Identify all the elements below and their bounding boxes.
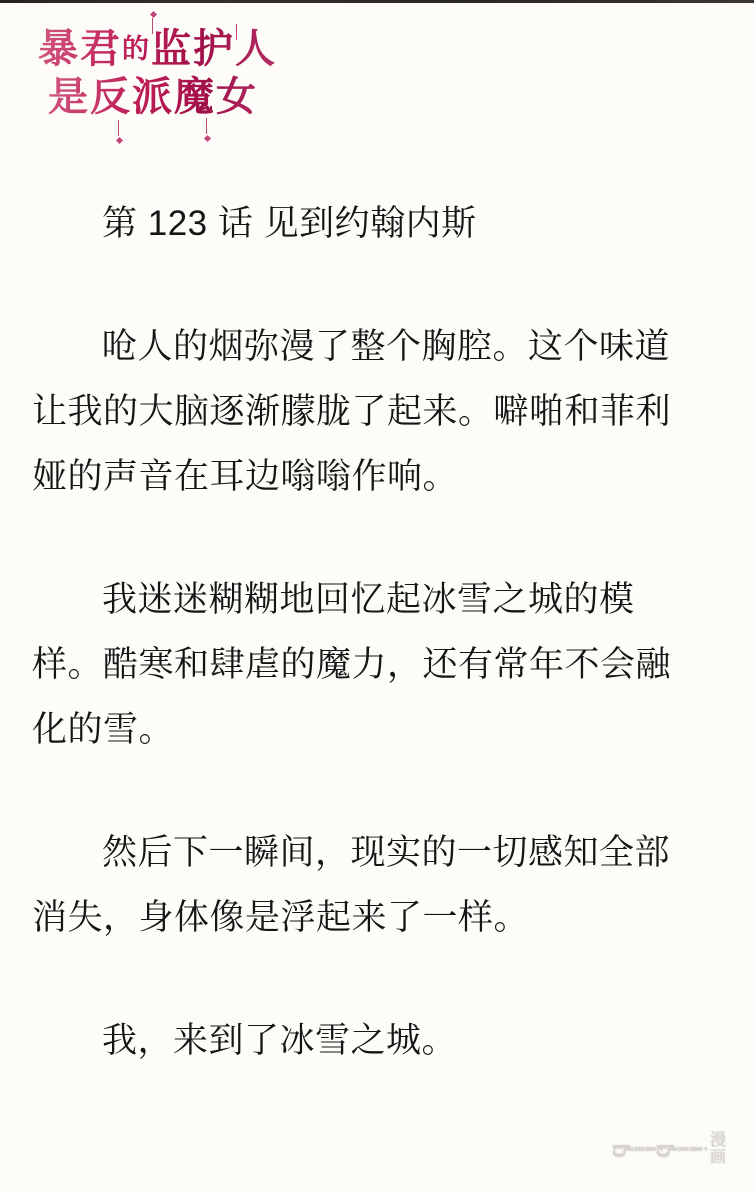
chapter-title: 第 123 话 见到约翰内斯: [32, 191, 722, 256]
watermark-cjk-char: 漫: [710, 1132, 726, 1149]
logo-diamond-decoration: [116, 137, 123, 144]
watermark-manhua-text: 漫画: [710, 1132, 726, 1166]
series-logo-text: 暴君: [38, 26, 122, 71]
paragraph: 呛人的烟弥漫了整个胸腔。这个味道 让我的大脑逐渐朦胧了起来。噼啪和菲利 娅的声音…: [32, 314, 722, 509]
series-logo: 暴君的监护人 是反派魔女: [38, 26, 277, 120]
logo-needle-decoration: [206, 118, 207, 134]
paragraphs: 呛人的烟弥漫了整个胸腔。这个味道 让我的大脑逐渐朦胧了起来。噼啪和菲利 娅的声音…: [32, 314, 722, 1073]
paragraph: 我迷迷糊糊地回忆起冰雪之城的模 样。酷寒和肆虐的魔力，还有常年不会融 化的雪。: [32, 567, 722, 762]
watermark-cjk-char: 画: [710, 1149, 726, 1166]
top-edge-bar: [0, 0, 754, 3]
novel-text-content: 第 123 话 见到约翰内斯 呛人的烟弥漫了整个胸腔。这个味道 让我的大脑逐渐朦…: [0, 191, 754, 1131]
series-logo-text-small: 的: [122, 34, 151, 64]
logo-needle-decoration: [152, 18, 153, 34]
logo-diamond-decoration: [204, 135, 211, 142]
paragraph: 我，来到了冰雪之城。: [32, 1008, 722, 1073]
watermark-bilibili-text: bilibili: [614, 1135, 702, 1163]
logo-diamond-decoration: [150, 11, 157, 18]
series-logo-line2: 是反派魔女: [48, 74, 277, 120]
series-logo-text: 监护人: [151, 26, 277, 71]
logo-needle-decoration: [236, 24, 237, 40]
paragraph: 然后下一瞬间，现实的一切感知全部 消失，身体像是浮起来了一样。: [32, 820, 722, 950]
watermark-letter: i: [682, 1144, 710, 1155]
logo-needle-decoration: [118, 120, 119, 136]
series-logo-line1: 暴君的监护人: [38, 26, 277, 72]
novel-page[interactable]: 暴君的监护人 是反派魔女 第 123 话 见到约翰内斯 呛人的烟弥漫了整个胸腔。…: [0, 0, 754, 1192]
bilibili-manga-watermark: bilibili 漫画: [614, 1132, 726, 1166]
